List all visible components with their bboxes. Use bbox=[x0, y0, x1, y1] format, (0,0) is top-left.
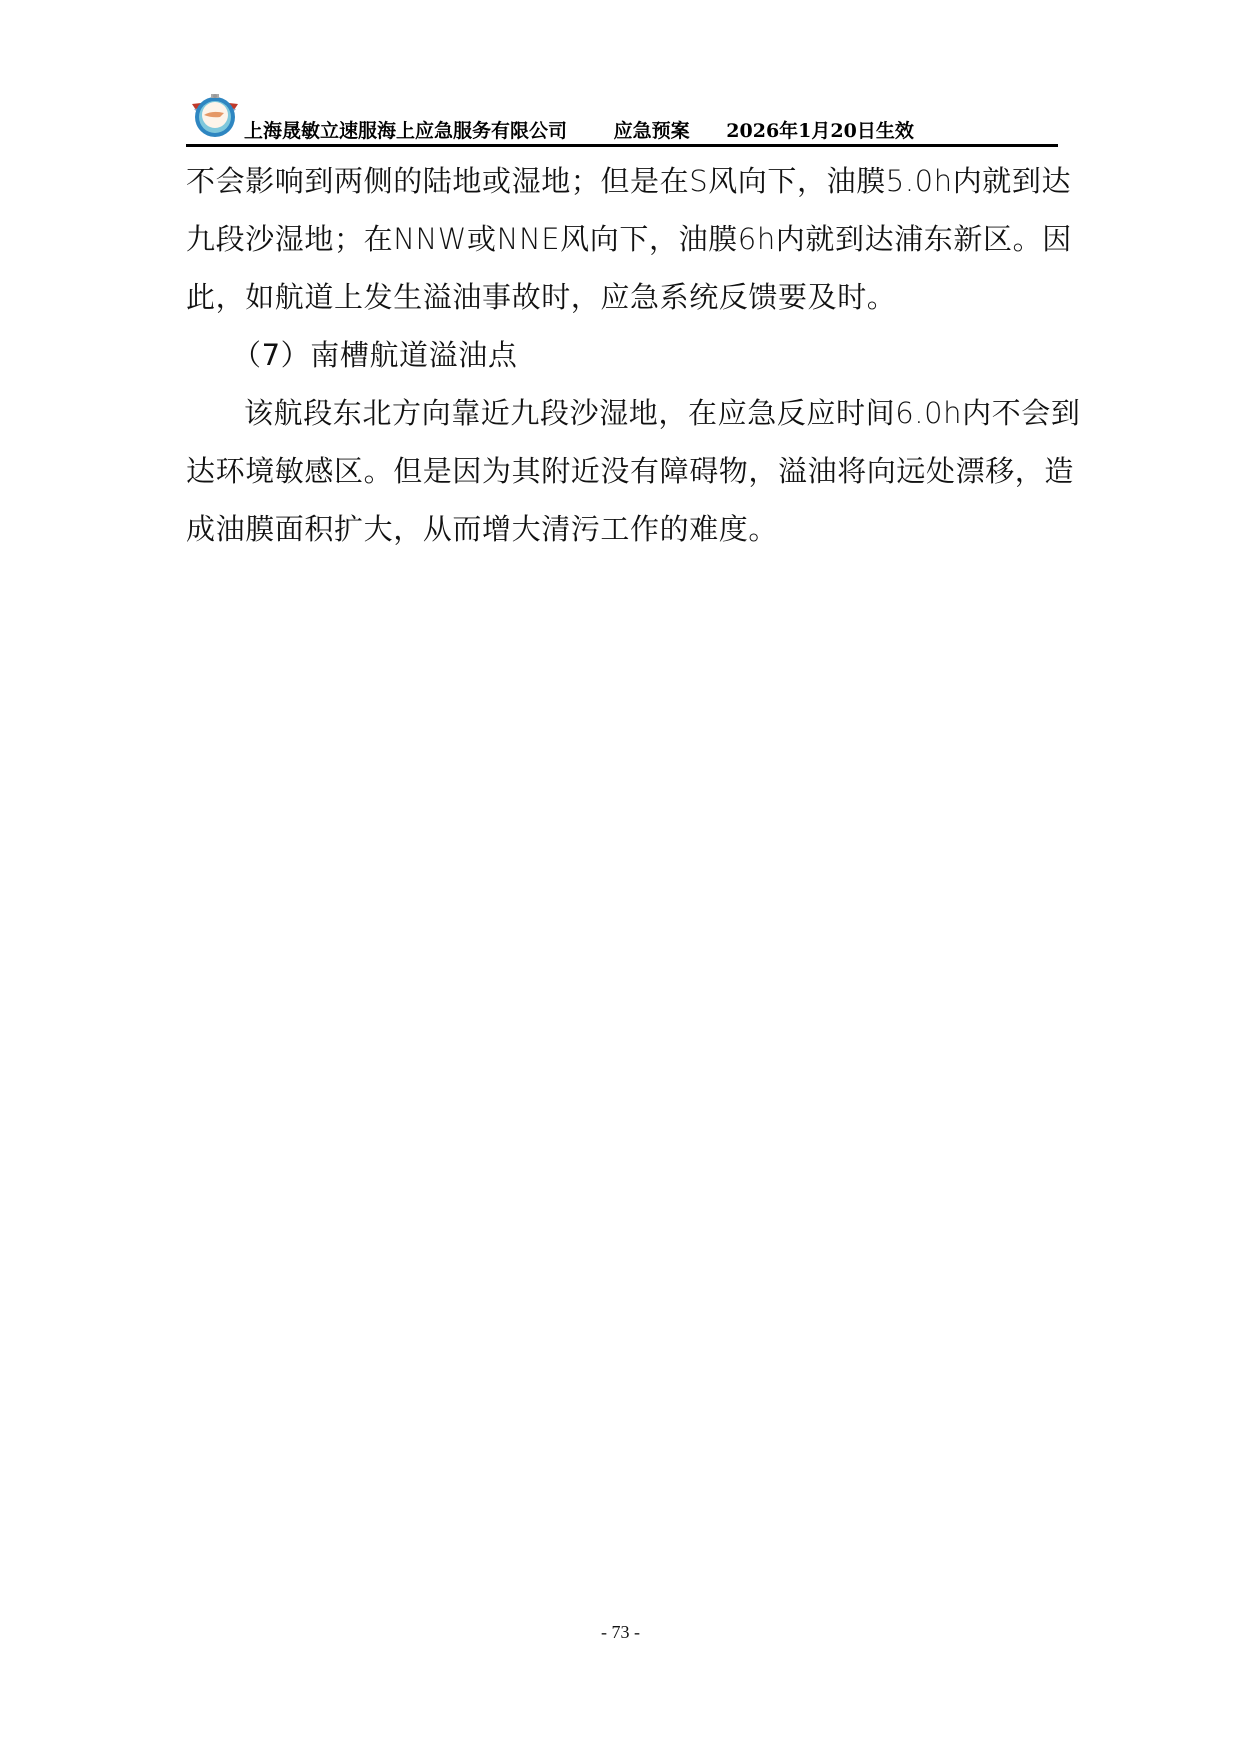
page-number: - 73 - bbox=[0, 1622, 1241, 1643]
paragraph-continued: 不会影响到两侧的陆地或湿地；但是在S风向下，油膜5.0h内就到达 九段沙湿地；在… bbox=[186, 152, 1056, 326]
page-header: 上海晟敏立速服海上应急服务有限公司 应急预案 2026年1月20日生效 bbox=[186, 88, 1058, 148]
header-divider bbox=[186, 144, 1058, 147]
document-type: 应急预案 bbox=[614, 116, 690, 143]
text-line: 九段沙湿地；在NNW或NNE风向下，油膜6h内就到达浦东新区。因 bbox=[186, 210, 1056, 268]
text-line: 不会影响到两侧的陆地或湿地；但是在S风向下，油膜5.0h内就到达 bbox=[186, 152, 1056, 210]
text-line: 该航段东北方向靠近九段沙湿地，在应急反应时间6.0h内不会到 bbox=[186, 384, 1056, 442]
document-body: 不会影响到两侧的陆地或湿地；但是在S风向下，油膜5.0h内就到达 九段沙湿地；在… bbox=[186, 152, 1056, 558]
company-emblem-icon bbox=[190, 90, 240, 142]
paragraph-south-channel: 该航段东北方向靠近九段沙湿地，在应急反应时间6.0h内不会到 达环境敏感区。但是… bbox=[186, 384, 1056, 558]
text-line: 成油膜面积扩大，从而增大清污工作的难度。 bbox=[186, 500, 1056, 558]
document-page: 上海晟敏立速服海上应急服务有限公司 应急预案 2026年1月20日生效 不会影响… bbox=[0, 0, 1241, 1754]
header-text: 上海晟敏立速服海上应急服务有限公司 应急预案 2026年1月20日生效 bbox=[244, 116, 914, 143]
effective-date: 2026年1月20日生效 bbox=[726, 116, 914, 143]
text-line: 此，如航道上发生溢油事故时，应急系统反馈要及时。 bbox=[186, 268, 1056, 326]
text-line: 达环境敏感区。但是因为其附近没有障碍物，溢油将向远处漂移，造 bbox=[186, 442, 1056, 500]
company-name: 上海晟敏立速服海上应急服务有限公司 bbox=[244, 116, 567, 143]
section-heading: （7）南槽航道溢油点 bbox=[186, 326, 1056, 384]
